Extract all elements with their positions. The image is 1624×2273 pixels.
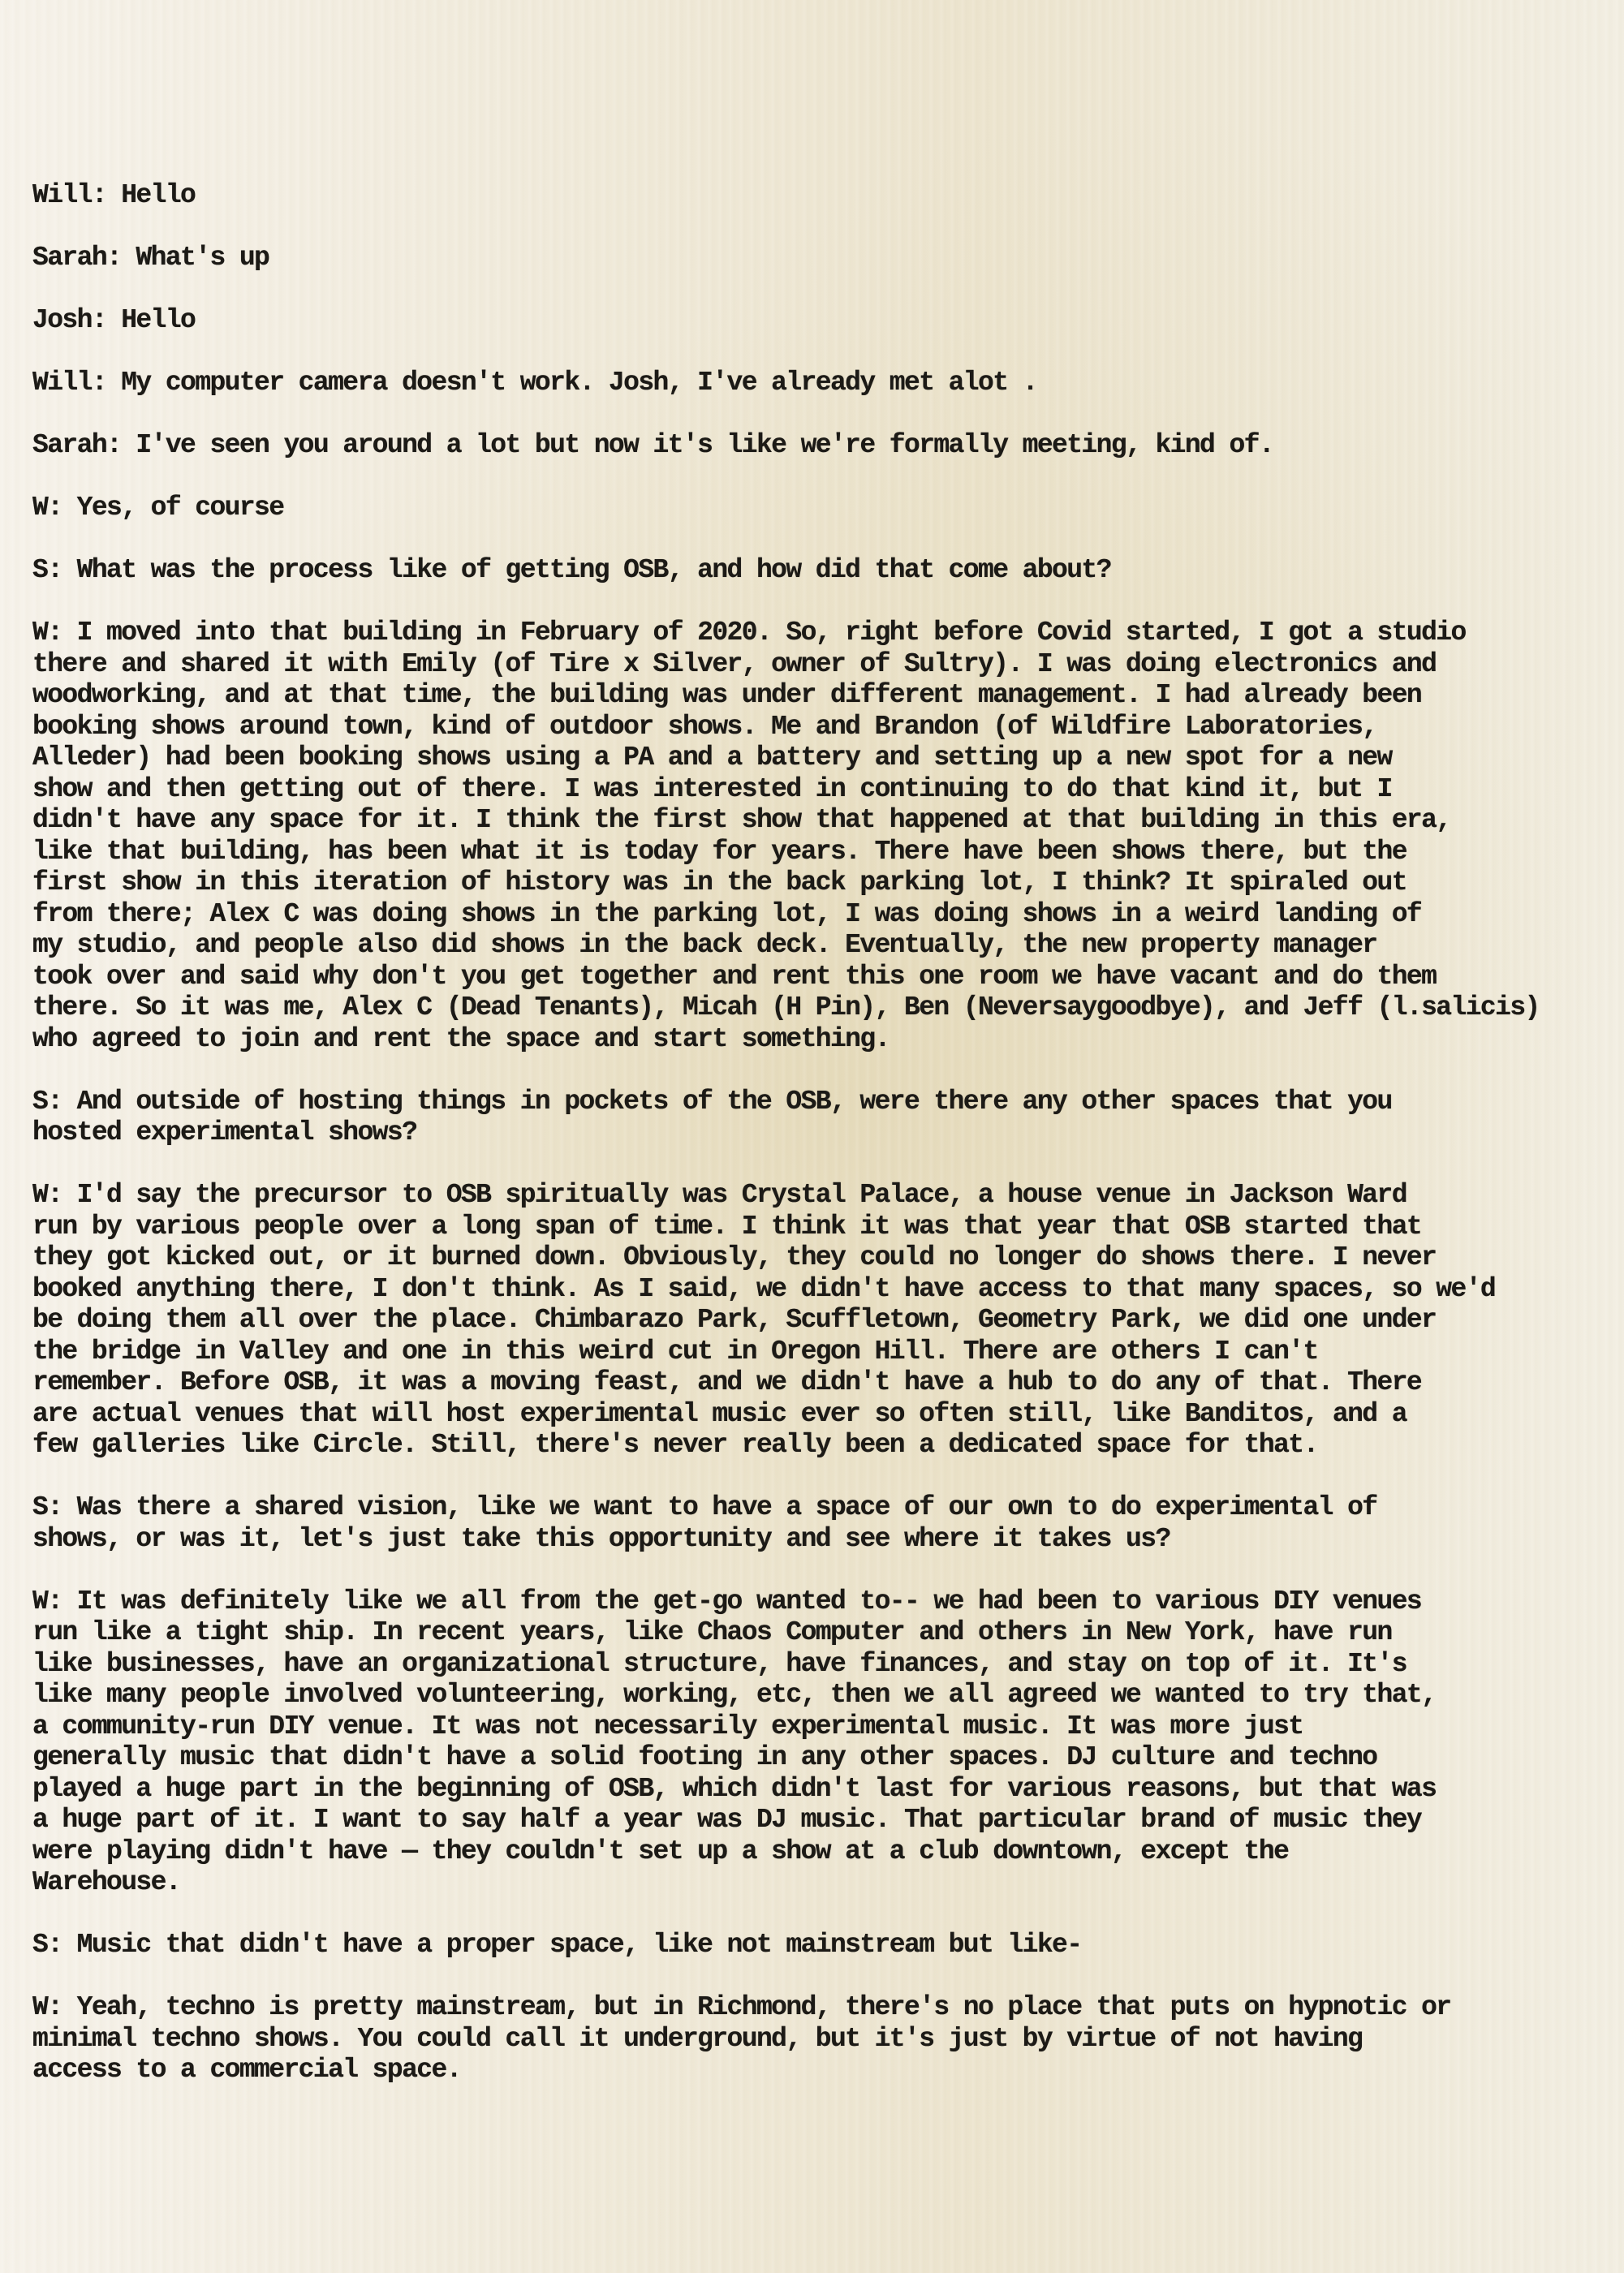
dialogue-entry: W: It was definitely like we all from th… <box>32 1586 1607 1899</box>
dialogue-line: played a huge part in the beginning of O… <box>32 1774 1607 1806</box>
dialogue-line: there and shared it with Emily (of Tire … <box>32 649 1607 681</box>
dialogue-line: the bridge in Valley and one in this wei… <box>32 1337 1607 1368</box>
dialogue-line: first show in this iteration of history … <box>32 867 1607 899</box>
dialogue-line: booked anything there, I don't think. As… <box>32 1274 1607 1306</box>
dialogue-line: Alleder) had been booking shows using a … <box>32 743 1607 774</box>
dialogue-line: my studio, and people also did shows in … <box>32 930 1607 962</box>
dialogue-line: S: Was there a shared vision, like we wa… <box>32 1492 1607 1524</box>
dialogue-line: S: And outside of hosting things in pock… <box>32 1087 1607 1118</box>
dialogue-entry: Sarah: I've seen you around a lot but no… <box>32 430 1607 462</box>
dialogue-line: a community-run DIY venue. It was not ne… <box>32 1711 1607 1743</box>
dialogue-line: hosted experimental shows? <box>32 1117 1607 1149</box>
dialogue-line: woodworking, and at that time, the build… <box>32 680 1607 712</box>
dialogue-line: access to a commercial space. <box>32 2055 1607 2086</box>
dialogue-entry: S: Music that didn't have a proper space… <box>32 1930 1607 1961</box>
dialogue-line: few galleries like Circle. Still, there'… <box>32 1430 1607 1462</box>
dialogue-line: Will: Hello <box>32 180 1607 212</box>
dialogue-line: remember. Before OSB, it was a moving fe… <box>32 1367 1607 1399</box>
dialogue-line: shows, or was it, let's just take this o… <box>32 1524 1607 1556</box>
dialogue-entry: S: What was the process like of getting … <box>32 555 1607 587</box>
dialogue-line: were playing didn't have — they couldn't… <box>32 1836 1607 1868</box>
dialogue-entry: S: And outside of hosting things in pock… <box>32 1087 1607 1149</box>
dialogue-line: generally music that didn't have a solid… <box>32 1742 1607 1774</box>
dialogue-line: who agreed to join and rent the space an… <box>32 1024 1607 1056</box>
dialogue-line: a huge part of it. I want to say half a … <box>32 1805 1607 1836</box>
dialogue-line: run like a tight ship. In recent years, … <box>32 1617 1607 1649</box>
dialogue-line: from there; Alex C was doing shows in th… <box>32 899 1607 931</box>
dialogue-line: Josh: Hello <box>32 305 1607 337</box>
dialogue-entry: S: Was there a shared vision, like we wa… <box>32 1492 1607 1555</box>
dialogue-line: be doing them all over the place. Chimba… <box>32 1305 1607 1337</box>
dialogue-line: W: It was definitely like we all from th… <box>32 1586 1607 1618</box>
dialogue-entry: Sarah: What's up <box>32 243 1607 274</box>
dialogue-line: Will: My computer camera doesn't work. J… <box>32 368 1607 399</box>
dialogue-entry: Will: Hello <box>32 180 1607 212</box>
dialogue-line: like businesses, have an organizational … <box>32 1649 1607 1681</box>
dialogue-line: booking shows around town, kind of outdo… <box>32 712 1607 743</box>
dialogue-line: there. So it was me, Alex C (Dead Tenant… <box>32 992 1607 1024</box>
dialogue-line: minimal techno shows. You could call it … <box>32 2024 1607 2056</box>
interview-transcript: Will: Hello Sarah: What's up Josh: Hello… <box>32 180 1607 2086</box>
dialogue-line: S: What was the process like of getting … <box>32 555 1607 587</box>
dialogue-entry: W: I moved into that building in Februar… <box>32 618 1607 1055</box>
dialogue-line: run by various people over a long span o… <box>32 1212 1607 1243</box>
dialogue-line: like that building, has been what it is … <box>32 837 1607 868</box>
dialogue-line: like many people involved volunteering, … <box>32 1680 1607 1711</box>
dialogue-entry: W: Yeah, techno is pretty mainstream, bu… <box>32 1992 1607 2086</box>
dialogue-line: W: Yes, of course <box>32 493 1607 524</box>
dialogue-line: Sarah: What's up <box>32 243 1607 274</box>
dialogue-entry: W: I'd say the precursor to OSB spiritua… <box>32 1180 1607 1462</box>
dialogue-line: W: I moved into that building in Februar… <box>32 618 1607 649</box>
dialogue-line: are actual venues that will host experim… <box>32 1399 1607 1431</box>
dialogue-entry: W: Yes, of course <box>32 493 1607 524</box>
dialogue-line: S: Music that didn't have a proper space… <box>32 1930 1607 1961</box>
dialogue-line: Sarah: I've seen you around a lot but no… <box>32 430 1607 462</box>
dialogue-entry: Josh: Hello <box>32 305 1607 337</box>
dialogue-line: W: Yeah, techno is pretty mainstream, bu… <box>32 1992 1607 2024</box>
dialogue-line: W: I'd say the precursor to OSB spiritua… <box>32 1180 1607 1212</box>
dialogue-line: Warehouse. <box>32 1867 1607 1899</box>
dialogue-entry: Will: My computer camera doesn't work. J… <box>32 368 1607 399</box>
dialogue-line: didn't have any space for it. I think th… <box>32 805 1607 837</box>
dialogue-line: took over and said why don't you get tog… <box>32 962 1607 993</box>
dialogue-line: show and then getting out of there. I wa… <box>32 774 1607 806</box>
dialogue-line: they got kicked out, or it burned down. … <box>32 1242 1607 1274</box>
